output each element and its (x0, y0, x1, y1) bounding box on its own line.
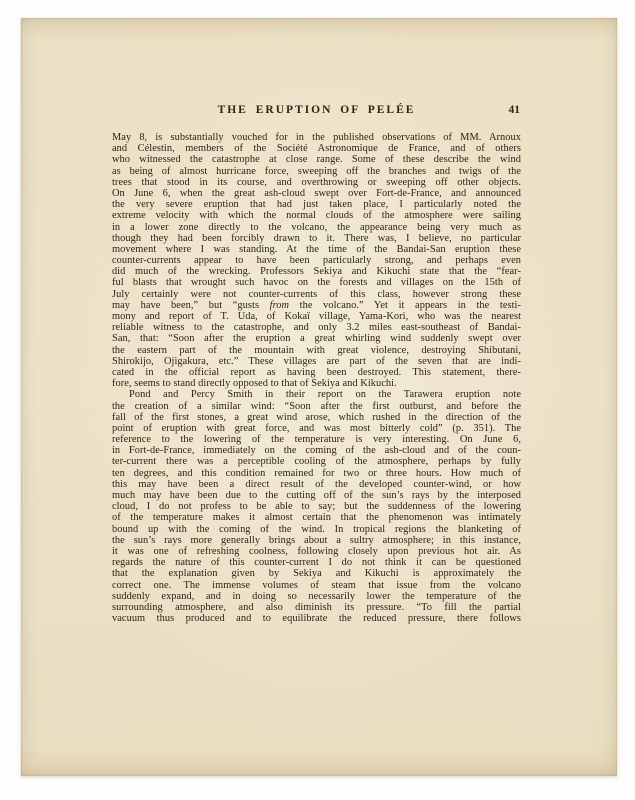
text-line: as being of almost hurricane force, swee… (112, 166, 521, 177)
text-line: July certainly were not counter-currents… (112, 289, 521, 300)
text-line: Pond and Percy Smith in their report on … (112, 389, 521, 400)
text-line: though they had been forcibly drawn to i… (112, 233, 521, 244)
body-text: May 8, is substantially vouched for in t… (112, 132, 521, 624)
text-line: this may have been a direct result of th… (112, 479, 521, 490)
page-number: 41 (509, 104, 521, 116)
text-line: of the temperature makes it almost certa… (112, 512, 521, 523)
text-line: fall of the first stones, a great wind a… (112, 412, 521, 423)
text-line: point of eruption with great force, and … (112, 423, 521, 434)
text-line: who witnessed the catastrophe at close r… (112, 154, 521, 165)
page-content: THE ERUPTION OF PELÉE 41 May 8, is subst… (112, 104, 521, 624)
text-line: ful blasts that wrought such havoc on th… (112, 277, 521, 288)
text-line: the eastern part of the mountain with gr… (112, 345, 521, 356)
text-line: in a lower zone directly to the volcano,… (112, 222, 521, 233)
text-line: suddenly expand, and in doing so necessa… (112, 591, 521, 602)
text-line: and Célestin, members of the Société Ast… (112, 143, 521, 154)
text-line: surrounding atmosphere, and also diminis… (112, 602, 521, 613)
text-line: it was one of refreshing coolness, follo… (112, 546, 521, 557)
text-line: the sun’s rays more generally brings abo… (112, 535, 521, 546)
text-line: May 8, is substantially vouched for in t… (112, 132, 521, 143)
text-line: the very severe eruption that had just t… (112, 199, 521, 210)
text-line: in Fort-de-France, immediately on the co… (112, 445, 521, 456)
text-line: Shirokijo, Ojigakura, etc.” These villag… (112, 356, 521, 367)
text-line: ten degrees, and this condition remained… (112, 468, 521, 479)
text-line: regards the nature of this counter-curre… (112, 557, 521, 568)
text-line: On June 6, when the great ash-cloud swep… (112, 188, 521, 199)
text-line: much may have been due to the cutting of… (112, 490, 521, 501)
scan-backdrop: { "colors": { "backdrop": "#fdfdfb", "pa… (0, 0, 635, 800)
text-line: did much of the wrecking. Professors Sek… (112, 266, 521, 277)
text-line: cloud, I do not profess to be able to sa… (112, 501, 521, 512)
text-line: vacuum thus produced and to equilibrate … (112, 613, 521, 624)
text-line: movement where I was standing. At the ti… (112, 244, 521, 255)
text-line: reliable witness to the catastrophe, and… (112, 322, 521, 333)
text-line: fore, seems to stand directly opposed to… (112, 378, 521, 389)
text-line: cated in the official report as having b… (112, 367, 521, 378)
book-page: THE ERUPTION OF PELÉE 41 May 8, is subst… (21, 18, 617, 776)
text-line: San, that: “Soon after the eruption a gr… (112, 333, 521, 344)
page-title: THE ERUPTION OF PELÉE (112, 104, 521, 116)
text-line: counter-currents appear to have been par… (112, 255, 521, 266)
text-line: reference to the lowering of the tempera… (112, 434, 521, 445)
text-line: bound up with the coming of the wind. In… (112, 524, 521, 535)
text-line: trees that stood in its course, and over… (112, 177, 521, 188)
text-line: extreme velocity with which the normal c… (112, 210, 521, 221)
text-line: the creation of a similar wind: “Soon af… (112, 401, 521, 412)
text-line: correct one. The immense volumes of stea… (112, 580, 521, 591)
text-line: may have been,” but “gusts from the volc… (112, 300, 521, 311)
running-header: THE ERUPTION OF PELÉE 41 (112, 104, 521, 119)
text-line: mony and report of T. Uda, of Kokaï vill… (112, 311, 521, 322)
text-line: ter-current there was a perceptible cool… (112, 456, 521, 467)
text-line: that the explanation given by Sekiya and… (112, 568, 521, 579)
